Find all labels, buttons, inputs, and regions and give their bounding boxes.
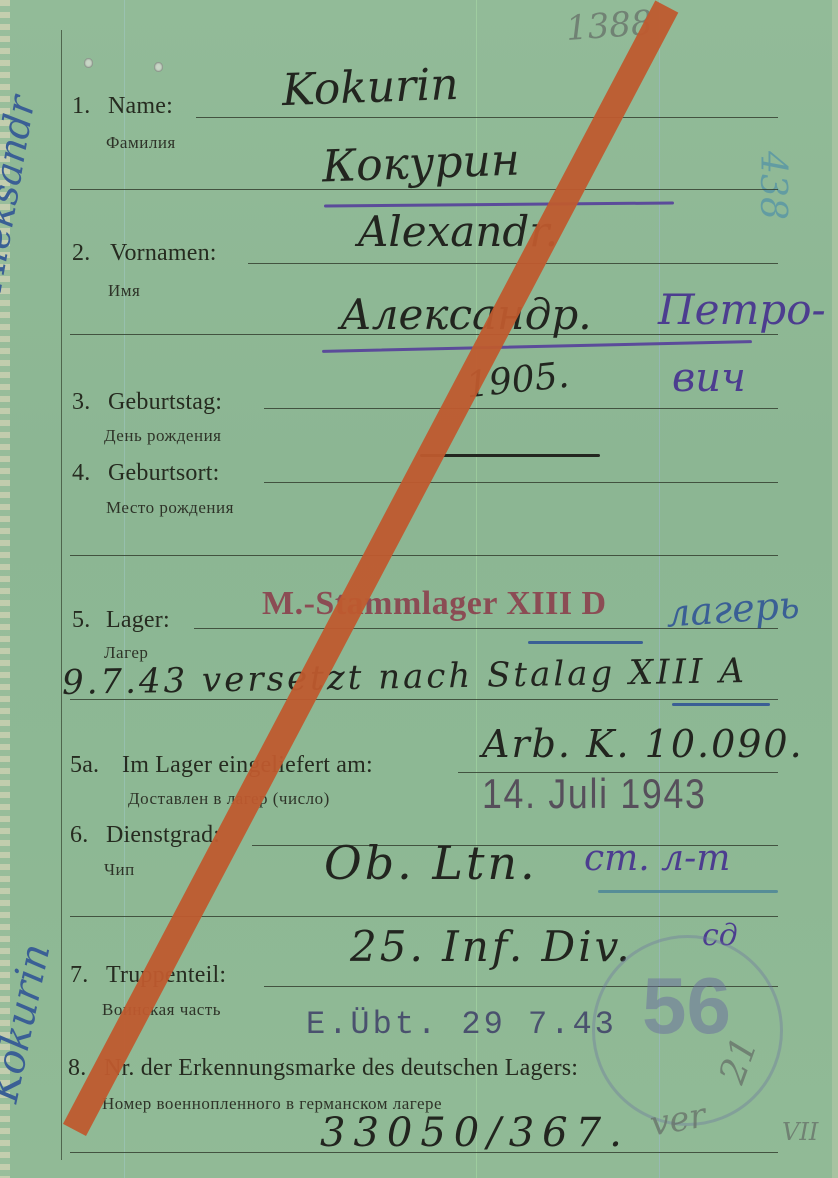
field-line — [196, 117, 778, 118]
field-7-value-de: 25. Inf. Div. — [350, 922, 633, 971]
field-1-label-ru: Фамилия — [106, 133, 176, 153]
field-4-label-ru: Место рождения — [106, 498, 234, 518]
field-7-number: 7. — [70, 962, 88, 989]
field-1-value-latin: Kokurin — [281, 59, 459, 116]
arrival-date-stamp: 14. Juli 1943 — [482, 770, 707, 818]
card-right-edge — [832, 0, 838, 1178]
transit-date-stamp: E.Übt. 29 7.43 — [306, 1006, 617, 1043]
field-line — [264, 408, 778, 409]
field-1-label-de: Name: — [108, 93, 173, 120]
field-8-label-de: Nr. der Erkennungsmarke des deutschen La… — [104, 1055, 578, 1082]
field-6-number: 6. — [70, 822, 88, 849]
field-4-number: 4. — [72, 460, 90, 487]
field-5a-label-ru: Доставлен в лагер (число) — [128, 789, 330, 809]
blue-underline — [672, 703, 770, 706]
field-6-label-ru: Чип — [104, 860, 135, 880]
field-4-dash — [420, 454, 600, 457]
field-2-patronymic-2: вич — [672, 355, 746, 401]
margin-note-surname: Kokurin — [0, 940, 59, 1107]
field-line — [264, 482, 778, 483]
field-5-value-ru: лагерь — [665, 582, 801, 635]
margin-note-first-name: Aleksandr — [0, 93, 44, 292]
field-4-label-de: Geburtsort: — [108, 460, 220, 487]
blue-underline — [528, 641, 643, 644]
field-3-label-ru: День рождения — [104, 426, 221, 446]
field-1-number: 1. — [72, 93, 90, 120]
pow-number: 33050/367. — [320, 1110, 630, 1156]
field-5-label-ru: Лагер — [104, 643, 148, 663]
margin-rule — [61, 30, 62, 1160]
field-line — [70, 555, 778, 556]
field-5-number: 5. — [72, 607, 90, 634]
pow-registration-card: 1388 Aleksandr Kokurin 438 1. Name: Фами… — [0, 0, 838, 1178]
punch-hole — [84, 58, 93, 68]
field-3-label-de: Geburtstag: — [108, 389, 222, 416]
field-5-transfer-note: 9.7.43 versetzt nach Stalag XIII A — [62, 651, 747, 703]
field-6-value-de: Ob. Ltn. — [324, 836, 538, 890]
field-6-label-de: Dienstgrad: — [106, 822, 220, 849]
field-3-number: 3. — [72, 389, 90, 416]
field-5a-number: 5a. — [70, 752, 99, 779]
pencil-note-ver: ver — [647, 1095, 709, 1144]
field-1-value-cyrillic: Кокурин — [321, 135, 520, 193]
field-5a-work-detail: Arb. K. 10.090. — [482, 722, 804, 766]
field-line — [248, 263, 778, 264]
field-line — [70, 189, 778, 190]
field-8-number: 8. — [68, 1055, 86, 1082]
field-2-patronymic-1: Петро- — [658, 285, 826, 334]
camp-stamp: M.-Stammlager XIII D — [262, 585, 607, 623]
field-2-value-cyrillic: Александр. — [340, 290, 592, 339]
punch-hole — [154, 62, 163, 72]
field-6-value-ru: ст. л-т — [584, 838, 730, 879]
violet-underline — [322, 340, 752, 353]
margin-note-right: 438 — [752, 151, 793, 220]
field-2-label-de: Vornamen: — [110, 240, 217, 267]
field-2-number: 2. — [72, 240, 90, 267]
field-2-label-ru: Имя — [108, 281, 140, 301]
round-stamp-number: 56 — [642, 960, 731, 1052]
pencil-note-month: VII — [782, 1118, 818, 1146]
field-5-label-de: Lager: — [106, 607, 170, 634]
teal-underline — [598, 890, 778, 893]
